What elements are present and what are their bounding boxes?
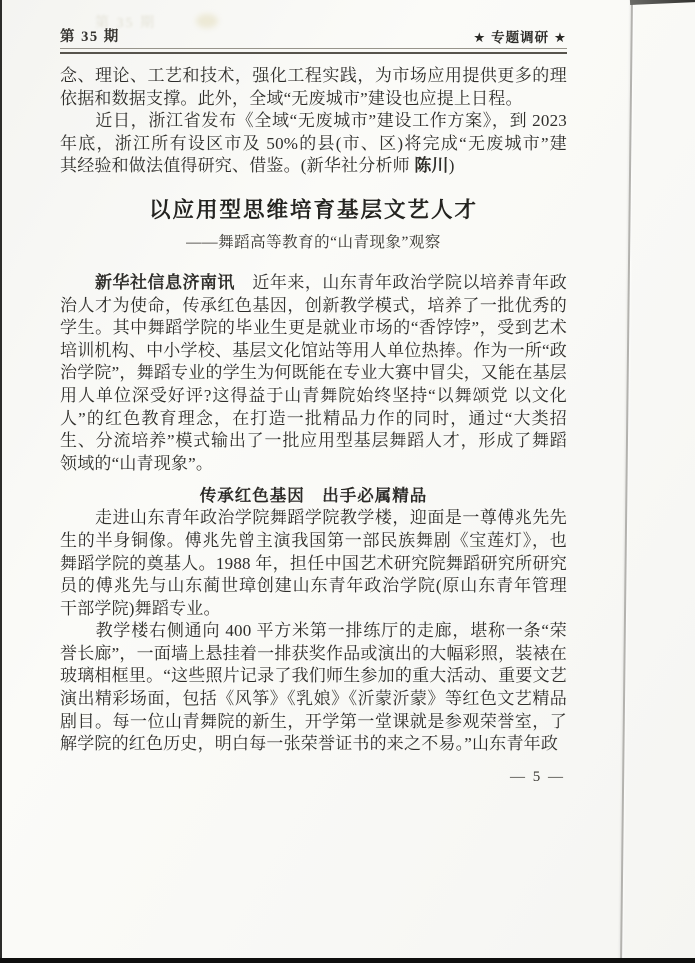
text-line: 走进山东青年政治学院舞蹈学院教学楼，迎面是一尊傅兆先先 — [60, 507, 567, 530]
text-segment: ) — [449, 156, 455, 175]
text-line: 其经验和做法值得研究、借鉴。(新华社分析师 陈川) — [60, 155, 567, 178]
page-content: 第 35 期 ★ 专题调研 ★ 念、理论、工艺和技术，强化工程实践，为市场应用提… — [60, 0, 567, 787]
text-line: 用人单位深受好评?这得益于山青舞院始终坚持“以舞颂党 以文化 — [60, 385, 567, 408]
article-paragraph: 教学楼右侧通向 400 平方米第一排练厅的走廊，堪称一条“荣誉长廊”，一面墙上悬… — [60, 620, 567, 756]
text-line: 近日，浙江省发布《全域“无废城市”建设工作方案》，到 2023 — [60, 110, 567, 133]
text-line: 念、理论、工艺和技术，强化工程实践，为市场应用提供更多的理论 — [60, 65, 567, 88]
article-subtitle: ——舞蹈高等教育的“山青现象”观察 — [60, 232, 567, 254]
scan-edge-left — [0, 0, 2, 963]
prev-article-paragraph: 近日，浙江省发布《全域“无废城市”建设工作方案》，到 2023年底，浙江所有设区… — [60, 110, 567, 178]
text-segment: 近年来，山东青年政治学院以培养青年政 — [235, 273, 567, 292]
text-line: 教学楼右侧通向 400 平方米第一排练厅的走廊，堪称一条“荣 — [60, 620, 567, 643]
text-segment: 其经验和做法值得研究、借鉴。(新华社分析师 — [60, 156, 414, 175]
header-rule-thick — [60, 52, 567, 54]
header-rule-thin — [60, 48, 567, 49]
text-line: 干部学院)舞蹈专业。 — [60, 598, 567, 621]
text-line: 领域的“山青现象”。 — [60, 453, 567, 476]
bold-text-segment: 新华社信息济南讯 — [95, 273, 235, 292]
page-edge-line — [620, 0, 633, 963]
text-line: 治人才为使命，传承红色基因，创新教学模式，培养了一批优秀的 — [60, 295, 567, 318]
text-line: 培训机构、中小学校、基层文化馆站等用人单位热捧。作为一所“政 — [60, 340, 567, 363]
page-header: 第 35 期 ★ 专题调研 ★ — [60, 27, 567, 46]
text-line: 誉长廊”，一面墙上悬挂着一排获奖作品或演出的大幅彩照，装裱在 — [60, 643, 567, 666]
text-line: 剧目。每一位山青舞院的新生，开学第一堂课就是参观荣誉室，了 — [60, 711, 567, 734]
page-number: — 5 — — [60, 767, 567, 787]
scan-edge-bottom — [0, 958, 695, 963]
article-lead-paragraph: 新华社信息济南讯 近年来，山东青年政治学院以培养青年政治人才为使命，传承红色基因… — [60, 272, 567, 475]
text-line: 舞蹈学院的奠基人。1988 年，担任中国艺术研究院舞蹈研究所研究 — [60, 553, 567, 576]
bold-text-segment: 陈川 — [414, 156, 448, 175]
article-title: 以应用型思维培育基层文艺人才 — [60, 197, 567, 223]
issue-number: 第 35 期 — [60, 25, 120, 46]
text-line: 年底，浙江所有设区市及 50%的县(市、区)将完成“无废城市”建设， — [60, 133, 567, 156]
text-line: 演出精彩场面，包括《风筝》《乳娘》《沂蒙沂蒙》等红色文艺精品 — [60, 688, 567, 711]
text-line: 人”的红色教育理念，在打造一批精品力作的同时，通过“大类招 — [60, 408, 567, 431]
text-line: 玻璃相框里。“这些照片记录了我们师生参加的重大活动、重要文艺 — [60, 665, 567, 688]
scanned-document-page: 第 35 期 第 35 期 ★ 专题调研 ★ 念、理论、工艺和技术，强化工程实践… — [0, 0, 695, 963]
prev-article-paragraph: 念、理论、工艺和技术，强化工程实践，为市场应用提供更多的理论依据和数据支撑。此外… — [60, 65, 567, 110]
text-line: 解学院的红色历史，明白每一张荣誉证书的来之不易。”山东青年政 — [60, 733, 567, 756]
text-line: 新华社信息济南讯 近年来，山东青年政治学院以培养青年政 — [60, 272, 567, 295]
text-segment — [60, 273, 95, 292]
text-line: 生、分流培养”模式输出了一批应用型基层舞蹈人才，形成了舞蹈 — [60, 430, 567, 453]
text-line: 依据和数据支撑。此外，全域“无废城市”建设也应提上日程。 — [60, 88, 567, 111]
column-title: ★ 专题调研 ★ — [473, 26, 567, 46]
text-line: 治学院”，舞蹈专业的学生为何既能在专业大赛中冒尖，又能在基层 — [60, 362, 567, 385]
scan-corner-shadow — [630, 0, 695, 5]
article-paragraph: 走进山东青年政治学院舞蹈学院教学楼，迎面是一尊傅兆先先生的半身铜像。傅兆先曾主演… — [60, 507, 567, 620]
text-line: 学生。其中舞蹈学院的毕业生更是就业市场的“香饽饽”，受到艺术 — [60, 317, 567, 340]
section-heading: 传承红色基因 出手必属精品 — [60, 485, 567, 507]
text-line: 生的半身铜像。傅兆先曾主演我国第一部民族舞剧《宝莲灯》，也是 — [60, 530, 567, 553]
text-line: 员的傅兆先与山东蔺世璋创建山东青年政治学院(原山东青年管理 — [60, 575, 567, 598]
